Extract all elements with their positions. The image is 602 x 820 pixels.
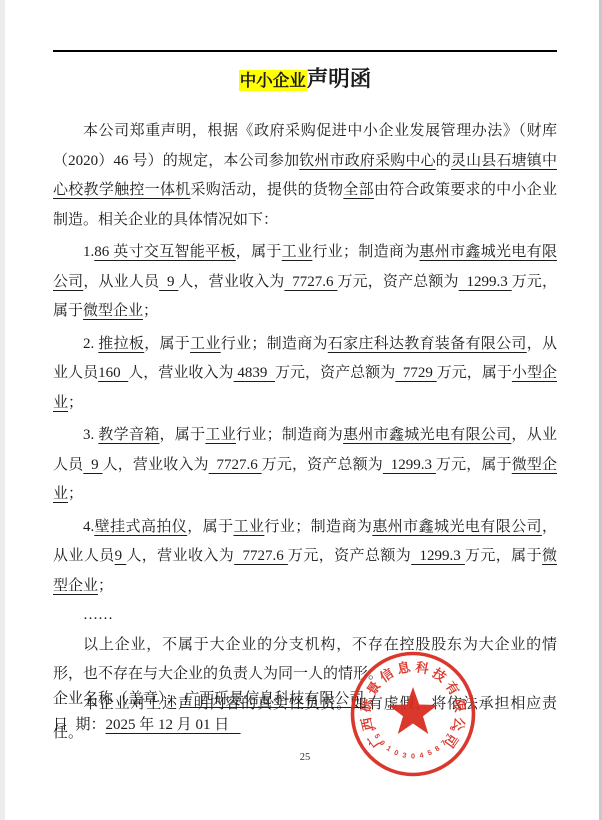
- underlined-text: 教学音箱: [98, 427, 159, 443]
- svg-text:信: 信: [377, 665, 396, 685]
- svg-text:3: 3: [402, 750, 408, 760]
- underlined-text: 1299.3: [411, 548, 465, 564]
- company-seal: 广西砾景信息科技有限公司 4501030458778: [347, 648, 479, 780]
- text-run: ，属于: [236, 244, 282, 260]
- text-run: 行业；制造商为: [264, 519, 372, 535]
- paragraph: 本公司郑重声明，根据《政府采购促进中小企业发展管理办法》（财库（2020）46 …: [53, 117, 557, 235]
- text-run: ；: [143, 303, 158, 319]
- text-run: 行业；制造商为: [236, 427, 343, 443]
- company-name-value: 广西砾景信息科技有限公司: [181, 691, 369, 707]
- underlined-text: 惠州市鑫城光电有限公司: [343, 427, 511, 443]
- underlined-text: 惠州市鑫城光电有限公司: [372, 519, 542, 535]
- svg-text:息: 息: [396, 659, 413, 676]
- underlined-text: 86 英寸交互智能平板: [94, 244, 236, 260]
- page-left-edge: [0, 0, 5, 820]
- paragraph: 以上企业，不属于大企业的分支机构，不存在控股股东为大企业的情形，也不存在与大企业…: [53, 631, 557, 690]
- svg-text:科: 科: [413, 659, 431, 677]
- date-line: 日 期：2025 年 12 月 01 日: [53, 712, 368, 738]
- text-run: ；: [68, 486, 83, 502]
- text-run: 万元，资产总额为: [288, 548, 411, 564]
- underlined-text: 壁挂式高拍仪: [94, 519, 187, 535]
- underlined-text: 工业: [282, 244, 313, 260]
- text-run: ；: [68, 395, 83, 411]
- svg-text:限: 限: [451, 698, 468, 714]
- text-run: 以上企业，不属于大企业的分支机构，不存在控股股东为大企业的情形，也不存在与大企业…: [53, 637, 557, 683]
- header-rule: [53, 50, 557, 52]
- text-run: 采购活动，提供的货物: [191, 182, 344, 198]
- underlined-text: 9: [83, 457, 102, 473]
- underlined-text: 1299.3: [459, 274, 512, 290]
- svg-text:景: 景: [364, 679, 384, 698]
- text-run: ，属于: [144, 336, 190, 352]
- text-run: 行业；制造商为: [221, 336, 328, 352]
- document-body: 本公司郑重声明，根据《政府采购促进中小企业发展管理办法》（财库（2020）46 …: [53, 117, 557, 749]
- text-run: 4.: [83, 519, 94, 535]
- seal-number-text: 4501030458778: [369, 725, 458, 761]
- text-run: 2.: [83, 336, 98, 352]
- underlined-text: 工业: [190, 336, 221, 352]
- paragraph: ……: [53, 601, 557, 631]
- text-run: ，属于: [187, 519, 233, 535]
- text-run: 3.: [83, 427, 98, 443]
- text-run: ；: [98, 578, 113, 594]
- svg-text:技: 技: [429, 665, 449, 685]
- text-run: 万元，属于: [436, 457, 512, 473]
- title-highlighted-text: 中小企业: [239, 70, 307, 91]
- text-run: 行业；制造商为: [312, 244, 419, 260]
- underlined-text: 7727.6: [209, 457, 262, 473]
- document-title: 中小企业声明函: [53, 64, 557, 97]
- text-run: 万元，资产总额为: [275, 365, 395, 381]
- underlined-text: 工业: [205, 427, 236, 443]
- text-run: 的: [436, 153, 451, 169]
- company-name-label: 企业名称（盖章）：: [53, 691, 181, 707]
- paragraph: 1.86 英寸交互智能平板，属于工业行业；制造商为惠州市鑫城光电有限公司，从业人…: [53, 238, 557, 327]
- text-run: ……: [83, 607, 113, 623]
- svg-text:8: 8: [433, 744, 441, 754]
- paragraph: 4.壁挂式高拍仪，属于工业行业；制造商为惠州市鑫城光电有限公司，从业人员9 人，…: [53, 513, 557, 602]
- signature-block: 企业名称（盖章）： 广西砾景信息科技有限公司 日 期：2025 年 12 月 0…: [53, 686, 368, 738]
- text-run: 人，营业收入为: [178, 274, 284, 290]
- text-run: 万元，属于: [437, 365, 512, 381]
- text-run: 人，营业收入为: [128, 365, 233, 381]
- underlined-text: 全部: [343, 182, 374, 198]
- seal-star-icon: [388, 687, 437, 734]
- underlined-text: 7727.6: [284, 274, 337, 290]
- underlined-text: 4839: [234, 365, 275, 381]
- text-run: 人，营业收入为: [103, 457, 209, 473]
- svg-text:砾: 砾: [358, 697, 375, 713]
- underlined-text: 推拉板: [98, 336, 144, 352]
- underlined-text: 石家庄科达教育装备有限公司: [328, 336, 527, 352]
- text-run: 1.: [83, 244, 94, 260]
- underlined-text: 7729: [395, 365, 436, 381]
- paragraph: 2. 推拉板，属于工业行业；制造商为石家庄科达教育装备有限公司，从业人员160 …: [53, 330, 557, 419]
- svg-text:4: 4: [419, 750, 425, 760]
- company-name-line: 企业名称（盖章）： 广西砾景信息科技有限公司: [53, 686, 368, 712]
- underlined-text: 工业: [234, 519, 265, 535]
- underlined-text: 9: [159, 274, 178, 290]
- text-run: ，从业人员: [83, 274, 159, 290]
- date-label: 日 期：: [53, 717, 106, 733]
- paragraph: 3. 教学音箱，属于工业行业；制造商为惠州市鑫城光电有限公司，从业人员 9 人，…: [53, 421, 557, 510]
- svg-text:0: 0: [411, 752, 415, 761]
- underlined-text: 160: [98, 365, 128, 381]
- underlined-text: 钦州市政府采购中心: [299, 153, 436, 169]
- svg-text:1: 1: [385, 744, 393, 754]
- underlined-text: 7727.6: [234, 548, 288, 564]
- underlined-text: 1299.3: [383, 457, 436, 473]
- underlined-text: 9: [115, 548, 127, 564]
- text-run: 万元，资产总额为: [262, 457, 383, 473]
- title-rest-text: 声明函: [307, 67, 372, 91]
- text-run: ，属于: [160, 427, 206, 443]
- page-number: 25: [53, 752, 557, 763]
- text-run: 人，营业收入为: [126, 548, 234, 564]
- date-value: 2025 年 12 月 01 日: [106, 717, 241, 733]
- svg-text:0: 0: [393, 748, 400, 758]
- text-run: 万元，资产总额为: [337, 274, 458, 290]
- underlined-text: 微型企业: [83, 303, 143, 319]
- svg-text:5: 5: [426, 748, 433, 758]
- svg-text:有: 有: [443, 679, 463, 698]
- text-run: 万元，属于: [465, 548, 542, 564]
